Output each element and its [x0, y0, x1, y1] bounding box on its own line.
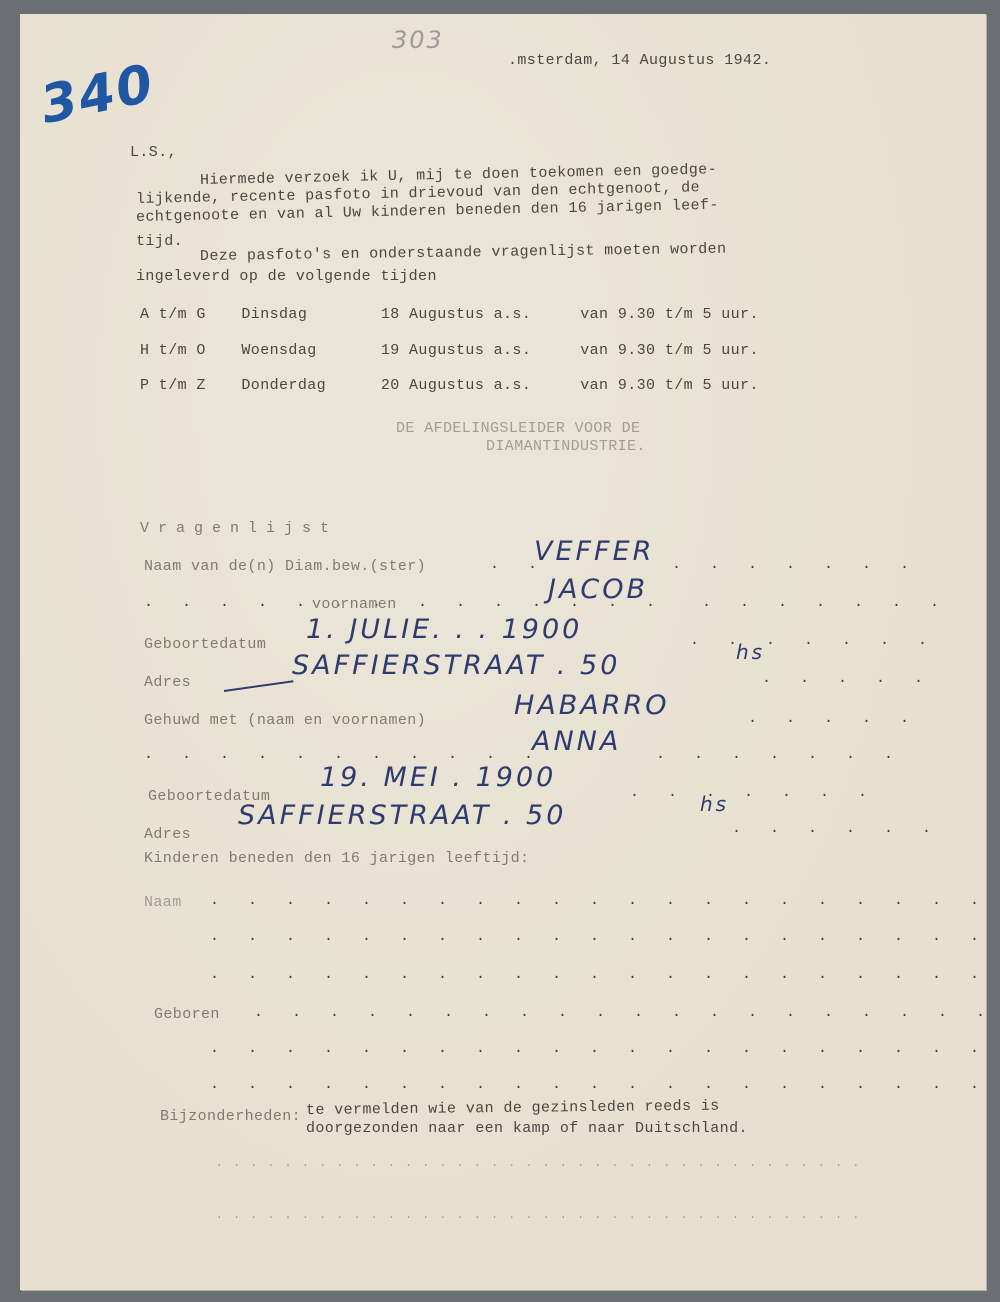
salutation: L.S., [130, 144, 177, 161]
firstnames-value: JACOB [548, 574, 648, 605]
paragraph-2-line-1: Deze pasfoto's en onderstaande vragenlij… [200, 241, 727, 265]
dot-leader: . . . . . [748, 710, 919, 727]
schedule-day: Donderdag [241, 377, 371, 394]
signature-line-1: DE AFDELINGSLEIDER VOOR DE [396, 420, 640, 437]
dot-leader: . . . . . . . [656, 746, 903, 763]
firstnames-label: voornamen [312, 596, 397, 613]
surname-value: VEFFER [534, 536, 654, 567]
document-page: 340 303 .msterdam, 14 Augustus 1942. L.S… [20, 14, 986, 1290]
schedule-day: Dinsdag [241, 306, 371, 323]
schedule-date: 18 Augustus a.s. [381, 306, 571, 323]
children-name-dots: . . . . . . . . . . . . . . . . . . . . … [210, 892, 1000, 909]
schedule-row: A t/m G Dinsdag 18 Augustus a.s. van 9.3… [140, 306, 759, 323]
remarks-line-1: te vermelden wie van de gezinsleden reed… [306, 1098, 720, 1119]
signature-line-2: DIAMANTINDUSTRIE. [486, 438, 646, 455]
pen-stroke [224, 680, 294, 692]
schedule-time: van 9.30 t/m 5 uur. [580, 377, 759, 394]
schedule-row: P t/m Z Donderdag 20 Augustus a.s. van 9… [140, 377, 759, 394]
remarks-dotted-line: . . . . . . . . . . . . . . . . . . . . … [216, 1158, 864, 1170]
schedule-time: van 9.30 t/m 5 uur. [580, 306, 759, 323]
schedule-row: H t/m O Woensdag 19 Augustus a.s. van 9.… [140, 342, 759, 359]
archive-number-gray: 303 [392, 26, 444, 54]
spouse-address-label: Adres [144, 826, 191, 843]
dot-leader: . . . . . . . [630, 784, 877, 801]
address-suffix: hs [736, 640, 765, 664]
spouse-address-suffix: hs [700, 792, 729, 816]
spouse-firstname-value: ANNA [532, 726, 621, 757]
children-born-dots: . . . . . . . . . . . . . . . . . . . . … [210, 1076, 1000, 1093]
remarks-dotted-line: . . . . . . . . . . . . . . . . . . . . … [216, 1210, 864, 1222]
place-date: .msterdam, 14 Augustus 1942. [508, 52, 771, 69]
spouse-label: Gehuwd met (naam en voornamen) [144, 712, 426, 729]
schedule-day: Woensdag [241, 342, 371, 359]
children-born-dots: . . . . . . . . . . . . . . . . . . . . … [254, 1004, 1000, 1021]
questionnaire-title: Vragenlijst [140, 520, 338, 537]
children-name-label: Naam [144, 894, 182, 911]
dot-leader: . . . . . . . [702, 594, 949, 611]
dot-leader: . . . . . . . [672, 556, 919, 573]
address-value: SAFFIERSTRAAT . 50 [292, 650, 620, 681]
dot-leader: . . . . . . . . . . . [144, 746, 543, 763]
spouse-surname-value: HABARRO [514, 690, 670, 721]
paragraph-1-line-4: tijd. [136, 233, 183, 250]
children-heading: Kinderen beneden den 16 jarigen leeftijd… [144, 850, 529, 867]
children-name-dots: . . . . . . . . . . . . . . . . . . . . … [210, 928, 1000, 945]
dot-leader: . . . . . [762, 670, 933, 687]
address-label: Adres [144, 674, 191, 691]
schedule-date: 19 Augustus a.s. [381, 342, 571, 359]
spouse-address-value: SAFFIERSTRAAT . 50 [238, 800, 566, 831]
dot-leader: . . . . . . . [690, 632, 937, 649]
children-born-dots: . . . . . . . . . . . . . . . . . . . . … [210, 1040, 1000, 1057]
children-name-dots: . . . . . . . . . . . . . . . . . . . . … [210, 966, 1000, 983]
paragraph-2-line-2: ingeleverd op de volgende tijden [136, 268, 437, 285]
schedule-letters: P t/m Z [140, 377, 232, 394]
remarks-label: Bijzonderheden: [160, 1108, 301, 1125]
spouse-birthdate-value: 19. MEI . 1900 [320, 762, 556, 793]
schedule-letters: A t/m G [140, 306, 232, 323]
children-born-label: Geboren [154, 1006, 220, 1023]
schedule-letters: H t/m O [140, 342, 232, 359]
surname-label: Naam van de(n) Diam.bew.(ster) [144, 558, 426, 575]
schedule-date: 20 Augustus a.s. [381, 377, 571, 394]
birthdate-label: Geboortedatum [144, 636, 266, 653]
dot-leader: . . . . . . [732, 820, 941, 837]
schedule-time: van 9.30 t/m 5 uur. [580, 342, 759, 359]
birthdate-value: 1. JULIE. . . 1900 [306, 614, 582, 645]
archive-number-blue: 340 [36, 53, 161, 136]
remarks-line-2: doorgezonden naar een kamp of naar Duits… [306, 1120, 748, 1137]
